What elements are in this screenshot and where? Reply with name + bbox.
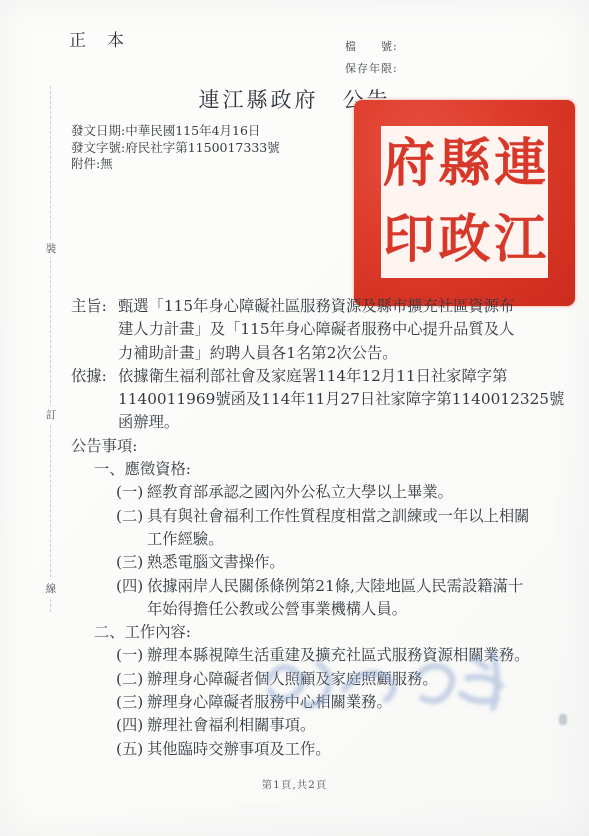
issue-date: 發文日期:中華民國115年4月16日 [71, 123, 280, 140]
subject-line: 建人力計畫」及「115年身心障礙者服務中心提升品質及人 [118, 318, 541, 341]
seal-column: 府 印 [381, 126, 437, 278]
attachment-note: 附件:無 [71, 156, 280, 173]
official-seal-stamp: 府 印 縣 政 連 江 [354, 100, 575, 306]
list-item: (三) 辦理身心障礙者服務中心相關業務。 [116, 691, 541, 714]
announcement-items-header: 公告事項: [71, 435, 541, 458]
section1-header: 一、應徵資格: [94, 458, 541, 481]
list-item: (二) 辦理身心障礙者個人照顧及家庭照顧服務。 [116, 668, 541, 691]
item-line: 辦理身心障礙者個人照顧及家庭照顧服務。 [147, 668, 541, 691]
item-number: (二) [116, 505, 147, 552]
basis-label: 依據: [71, 365, 118, 435]
basis-line: 1140011969號函及114年11月27日社家障字第1140012325號 [118, 388, 564, 411]
binding-line [50, 86, 51, 612]
seal-character: 政 [439, 205, 491, 275]
list-item: (五) 其他臨時交辦事項及工作。 [116, 738, 541, 761]
binding-mark-zhuang: 裝 [44, 240, 58, 257]
item-line: 辦理身心障礙者服務中心相關業務。 [147, 691, 541, 714]
document-page: 正 本 檔 號: 保存年限: 連江縣政府 公告 發文日期:中華民國115年4月1… [0, 0, 589, 836]
binding-mark-xian: 線 [44, 580, 58, 597]
basis-line: 依據衛生福利部社會及家庭署114年12月11日社家障字第 [118, 365, 564, 388]
item-number: (一) [116, 481, 147, 504]
section2-header: 二、工作內容: [94, 621, 541, 644]
item-line: 其他臨時交辦事項及工作。 [147, 738, 541, 761]
document-meta-block: 發文日期:中華民國115年4月16日 發文字號:府民社字第1150017333號… [71, 123, 280, 173]
seal-character: 連 [494, 129, 546, 199]
item-line: 工作經驗。 [147, 528, 541, 551]
seal-character: 印 [383, 205, 435, 275]
list-item: (三) 熟悉電腦文書操作。 [116, 551, 541, 574]
item-number: (二) [116, 668, 147, 691]
basis-section: 依據: 依據衛生福利部社會及家庭署114年12月11日社家障字第 1140011… [71, 365, 541, 435]
binding-mark-ding: 訂 [44, 406, 58, 423]
subject-section: 主旨: 甄選「115年身心障礙社區服務資源及縣市擴充社區資源布 建人力計畫」及「… [71, 295, 541, 365]
list-item: (一) 經教育部承認之國內外公私立大學以上畢業。 [116, 481, 541, 504]
item-number: (五) [116, 738, 147, 761]
document-body: 主旨: 甄選「115年身心障礙社區服務資源及縣市擴充社區資源布 建人力計畫」及「… [71, 295, 541, 761]
item-line: 具有與社會福利工作性質程度相當之訓練或一年以上相關 [147, 505, 541, 528]
item-line: 熟悉電腦文書操作。 [147, 551, 541, 574]
seal-character: 縣 [439, 129, 491, 199]
seal-character: 江 [494, 205, 546, 275]
copy-type-marker: 正 本 [69, 26, 126, 51]
item-number: (四) [116, 714, 147, 737]
item-number: (四) [116, 575, 147, 622]
subject-line: 力補助計畫」約聘人員各1名第2次公告。 [118, 342, 541, 365]
item-line: 年始得擔任公教或公營事業機構人員。 [147, 598, 541, 621]
seal-column: 縣 政 [437, 126, 493, 278]
document-number: 發文字號:府民社字第1150017333號 [71, 140, 280, 157]
seal-inner-face: 府 印 縣 政 連 江 [381, 126, 548, 278]
basis-line: 函辦理。 [118, 411, 564, 434]
item-line: 依據兩岸人民關係條例第21條,大陸地區人民需設籍滿十 [147, 575, 541, 598]
list-item: (四) 依據兩岸人民關係條例第21條,大陸地區人民需設籍滿十 年始得擔任公教或公… [116, 575, 541, 622]
item-line: 辦理社會福利相關事項。 [147, 714, 541, 737]
list-item: (二) 具有與社會福利工作性質程度相當之訓練或一年以上相關 工作經驗。 [116, 505, 541, 552]
page-footer: 第1頁,共2頁 [0, 777, 589, 792]
list-item: (一) 辦理本縣視障生活重建及擴充社區式服務資源相關業務。 [116, 644, 541, 667]
list-item: (四) 辦理社會福利相關事項。 [116, 714, 541, 737]
item-number: (一) [116, 644, 147, 667]
subject-label: 主旨: [71, 295, 118, 365]
item-number: (三) [116, 691, 147, 714]
retention-period-label: 保存年限: [345, 58, 398, 80]
item-line: 辦理本縣視障生活重建及擴充社區式服務資源相關業務。 [147, 644, 541, 667]
item-line: 經教育部承認之國內外公私立大學以上畢業。 [147, 481, 541, 504]
subject-line: 甄選「115年身心障礙社區服務資源及縣市擴充社區資源布 [118, 295, 541, 318]
header-right-block: 檔 號: 保存年限: [345, 36, 398, 80]
scan-smudge-artifact [559, 714, 567, 725]
seal-character: 府 [383, 129, 435, 199]
seal-column: 連 江 [492, 126, 548, 278]
file-number-label: 檔 號: [345, 36, 398, 58]
item-number: (三) [116, 551, 147, 574]
